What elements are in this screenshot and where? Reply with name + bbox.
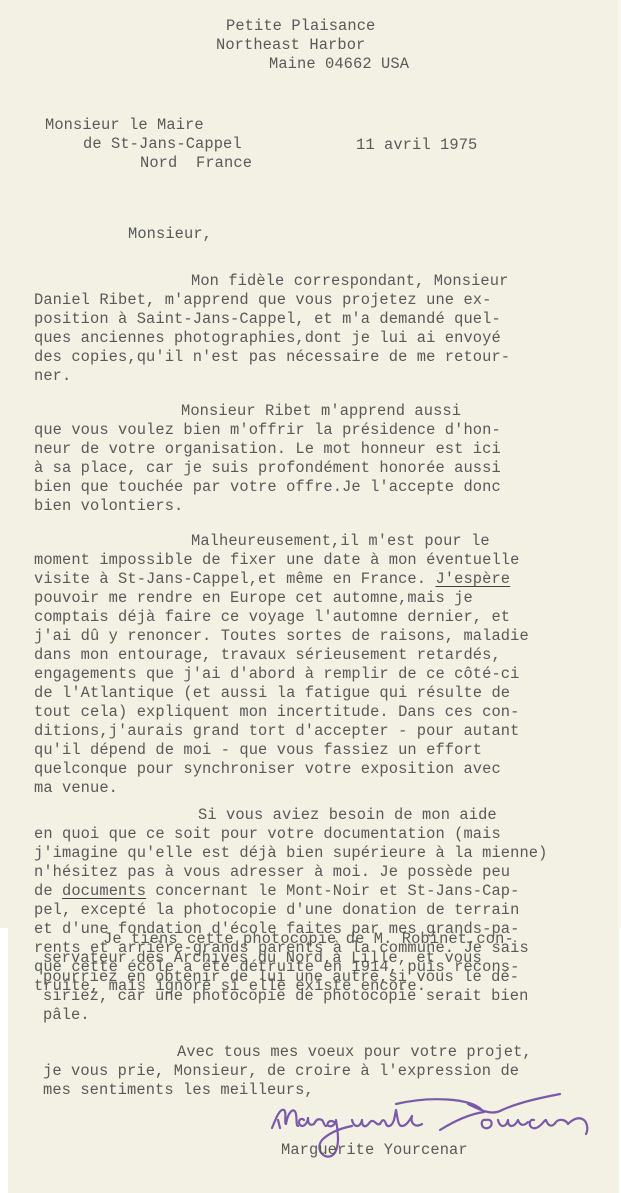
typed-signature-name: Marguerite Yourcenar [281,1141,468,1161]
text-line: à sa place, car je suis profondément hon… [34,459,501,479]
text-line: je vous prie, Monsieur, de croire à l'ex… [43,1062,519,1082]
text-line: servateur des Archives du Nord,à Lille, … [43,949,482,969]
text-segment: de [34,882,62,900]
letterhead-line-2: Northeast Harbor [216,36,365,56]
text-line: ner. [34,367,71,387]
text-line: des copies,qu'il n'est pas nécessaire de… [34,348,510,368]
text-line: Malheureusement,il m'est pour le [191,532,490,552]
recipient-line-3: Nord France [140,154,252,174]
text-line: ditions,j'aurais grand tort d'accepter -… [34,722,519,742]
text-line: ma venue. [34,779,118,799]
underlined-word: J'espère [435,570,510,588]
text-line: j'imagine qu'elle est déjà bien supérieu… [34,844,547,864]
text-line: en quoi que ce soit pour votre documenta… [34,825,501,845]
letterhead-line-3: Maine 04662 USA [269,55,409,75]
underlined-word: documents [62,882,146,900]
text-line: pourriez en obtenir de lui une autre,si … [43,968,519,988]
text-line: comptais déjà faire ce voyage l'automne … [34,608,510,628]
text-line: tout cela) expliquent mon incertitude. D… [34,703,519,723]
text-line: engagements que j'ai d'abord à remplir d… [34,665,519,685]
text-segment: concernant le Mont-Noir et St-Jans-Cap- [146,882,519,900]
text-line: Mon fidèle correspondant, Monsieur [191,272,508,292]
text-line: de documents concernant le Mont-Noir et … [34,882,519,902]
text-line: neur de votre organisation. Le mot honne… [34,440,501,460]
text-segment: visite à St-Jans-Cappel,et même en Franc… [34,570,435,588]
text-line: Avec tous mes voeux pour votre projet, [177,1043,532,1063]
text-line: Je tiens cette photocopie de M. Robinet,… [103,930,514,950]
text-line: dans mon entourage, travaux sérieusement… [34,646,501,666]
recipient-line-2: de St-Jans-Cappel [83,135,242,155]
salutation: Monsieur, [128,225,212,245]
letterhead-line-1: Petite Plaisance [226,17,375,37]
text-line: pel, excepté la photocopie d'une donatio… [34,901,519,921]
letter-date: 11 avril 1975 [356,136,477,156]
text-line: visite à St-Jans-Cappel,et même en Franc… [34,570,510,590]
text-line: de l'Atlantique (et aussi la fatigue qui… [34,684,510,704]
text-line: pâle. [43,1006,90,1026]
text-line: quelconque pour synchroniser votre expos… [34,760,501,780]
text-line: que vous voulez bien m'offrir la préside… [34,421,501,441]
text-line: bien que touchée par votre offre.Je l'ac… [34,478,501,498]
text-line: bien volontiers. [34,497,183,517]
text-line: n'hésitez pas à vous adresser à moi. Je … [34,863,510,883]
text-line: moment impossible de fixer une date à mo… [34,551,519,571]
text-line: j'ai dû y renoncer. Toutes sortes de rai… [34,627,529,647]
text-line: Daniel Ribet, m'apprend que vous projete… [34,291,491,311]
recipient-line-1: Monsieur le Maire [45,116,204,136]
text-line: pouvoir me rendre en Europe cet automne,… [34,589,473,609]
text-line: Monsieur Ribet m'apprend aussi [181,402,461,422]
text-line: qu'il dépend de moi - que vous fassiez u… [34,741,482,761]
text-line: siriez, car une photocopie de photocopie… [43,987,528,1007]
text-line: ques anciennes photographies,dont je lui… [34,329,501,349]
text-line: Si vous aviez besoin de mon aide [198,806,497,826]
text-line: position à Saint-Jans-Cappel, et m'a dem… [34,310,501,330]
